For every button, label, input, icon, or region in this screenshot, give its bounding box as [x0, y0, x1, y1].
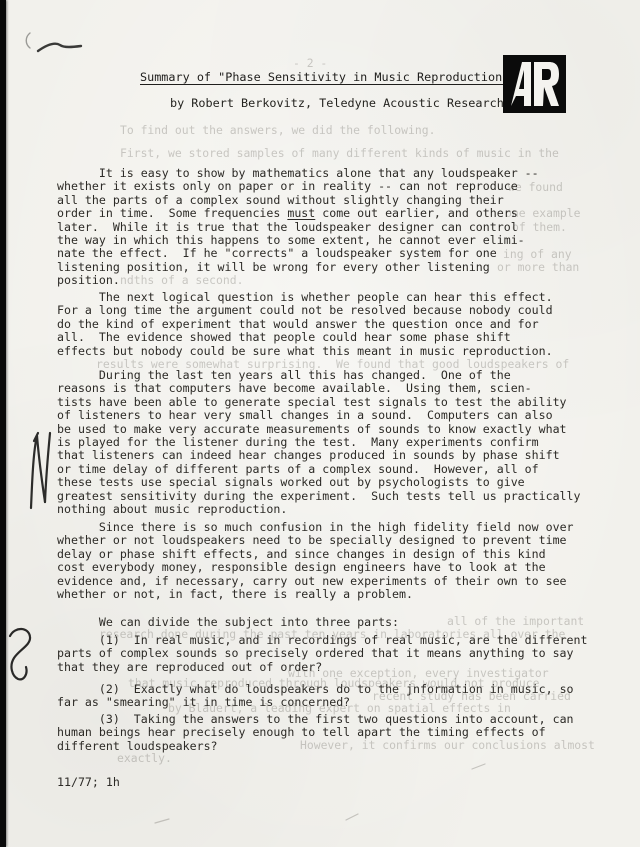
byline: by Robert Berkovitz, Teledyne Acoustic R… [170, 96, 504, 110]
para-1: It is easy to show by mathematics alone … [57, 167, 602, 288]
handwritten-n-mark [31, 433, 50, 508]
ghost-fragment: First, we stored samples of many differe… [120, 147, 559, 160]
para-divide: We can divide the subject into three par… [57, 616, 602, 629]
para-3: During the last ten years all this has c… [57, 369, 602, 516]
pencil-smudges [155, 764, 485, 823]
page-title: Summary of "Phase Sensitivity in Music R… [140, 70, 509, 84]
pen-squiggle-mark [26, 33, 81, 51]
ghost-fragment: - 2 - [293, 57, 327, 70]
footer-date-code: 11/77; 1h [57, 775, 120, 789]
ghost-fragment: exactly. [117, 752, 172, 765]
item-1: (1) In real music, and in recordings of … [57, 634, 602, 674]
para-4: Since there is so much confusion in the … [57, 521, 602, 601]
para-2: The next logical question is whether peo… [57, 291, 602, 358]
ghost-fragment: To find out the answers, we did the foll… [120, 124, 435, 137]
item-2: (2) Exactly what do loudspeakers do to t… [57, 683, 602, 710]
left-scan-edge [0, 0, 6, 847]
scanned-document-page: - 2 -To find out the answers, we did the… [0, 0, 640, 847]
ar-logo-icon [503, 55, 566, 113]
item-3: (3) Taking the answers to the first two … [57, 713, 602, 753]
handwritten-2-mark [10, 629, 30, 679]
